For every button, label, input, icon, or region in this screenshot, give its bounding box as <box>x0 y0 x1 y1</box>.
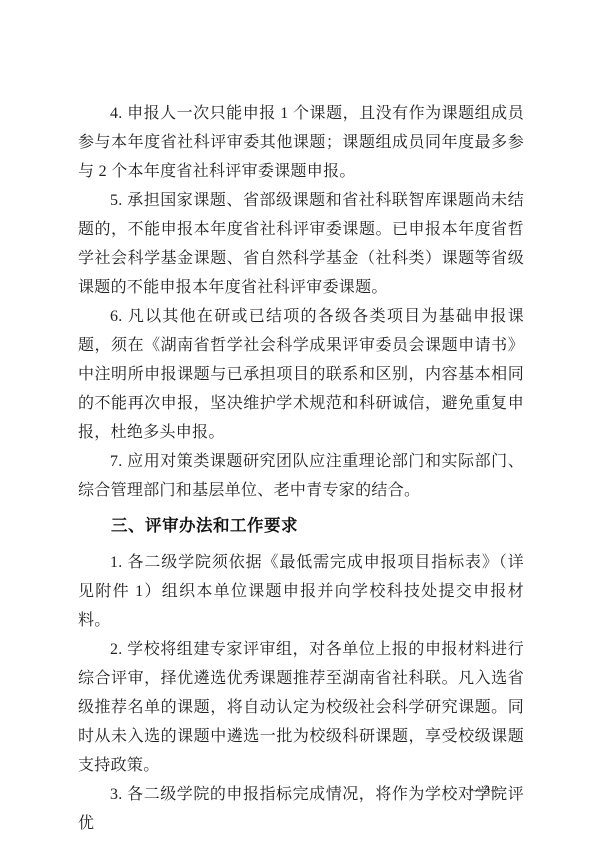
paragraph: 2. 学校将组建专家评审组，对各单位上报的申报材料进行综合评审，择优遴选优秀课题… <box>78 635 524 780</box>
document-body: 4. 申报人一次只能申报 1 个课题，且没有作为课题组成员参与本年度省社科评审委… <box>78 99 524 838</box>
page-number: —3— <box>470 782 506 798</box>
document-page: 4. 申报人一次只能申报 1 个课题，且没有作为课题组成员参与本年度省社科评审委… <box>0 0 600 848</box>
section-heading: 三、评审办法和工作要求 <box>78 512 524 541</box>
paragraph: 7. 应用对策类课题研究团队应注重理论部门和实际部门、综合管理部门和基层单位、老… <box>78 447 524 505</box>
paragraph: 3. 各二级学院的申报指标完成情况，将作为学校对学院评优 <box>78 780 524 838</box>
paragraph: 1. 各二级学院须依据《最低需完成申报项目指标表》（详见附件 1）组织本单位课题… <box>78 548 524 635</box>
paragraph: 4. 申报人一次只能申报 1 个课题，且没有作为课题组成员参与本年度省社科评审委… <box>78 99 524 186</box>
paragraph: 5. 承担国家课题、省部级课题和省社科联智库课题尚未结题的，不能申报本年度省社科… <box>78 186 524 302</box>
paragraph: 6. 凡以其他在研或已结项的各级各类项目为基础申报课题，须在《湖南省哲学社会科学… <box>78 302 524 447</box>
